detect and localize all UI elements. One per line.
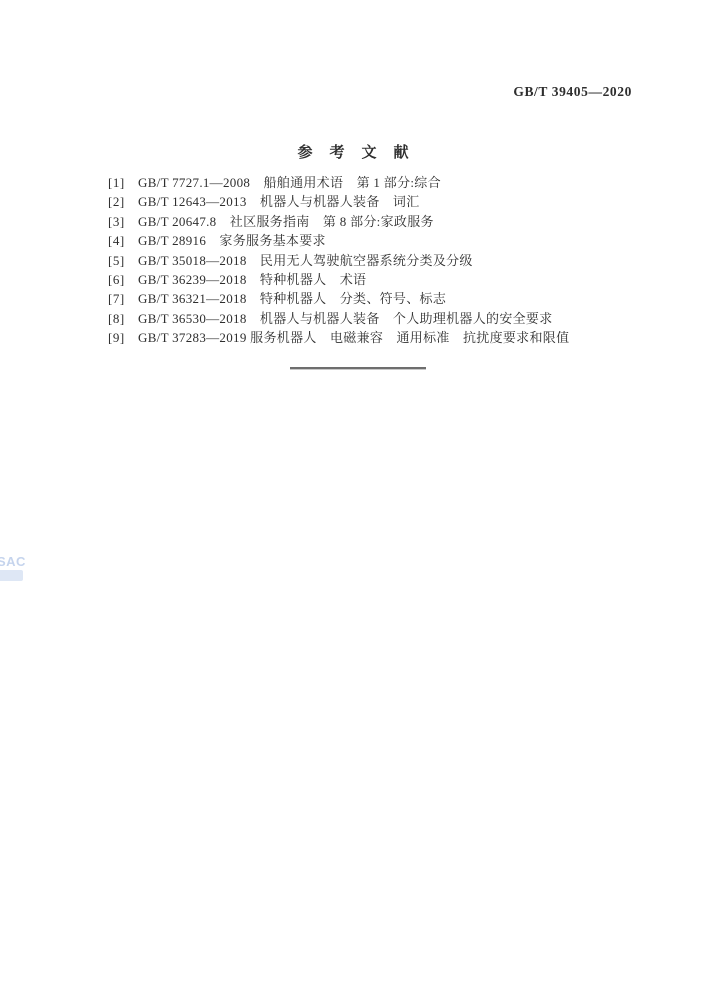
document-page: GB/T 39405—2020 参 考 文 献 [1] GB/T 7727.1—… bbox=[0, 0, 707, 1000]
reference-index: [6] bbox=[108, 270, 138, 289]
reference-index: [1] bbox=[108, 173, 138, 192]
reference-index: [8] bbox=[108, 309, 138, 328]
sac-watermark: SAC bbox=[0, 555, 26, 581]
reference-index: [4] bbox=[108, 231, 138, 250]
reference-index: [5] bbox=[108, 251, 138, 270]
reference-text: GB/T 7727.1—2008 船舶通用术语 第 1 部分:综合 bbox=[138, 173, 441, 192]
reference-item: [9] GB/T 37283—2019 服务机器人 电磁兼容 通用标准 抗扰度要… bbox=[108, 328, 677, 347]
reference-index: [9] bbox=[108, 328, 138, 347]
reference-text: GB/T 20647.8 社区服务指南 第 8 部分:家政服务 bbox=[138, 212, 434, 231]
sac-watermark-bar bbox=[0, 570, 23, 581]
standard-number-header: GB/T 39405—2020 bbox=[513, 84, 632, 100]
reference-text: GB/T 37283—2019 服务机器人 电磁兼容 通用标准 抗扰度要求和限值 bbox=[138, 328, 569, 347]
reference-list: [1] GB/T 7727.1—2008 船舶通用术语 第 1 部分:综合 [2… bbox=[108, 173, 677, 348]
reference-text: GB/T 36321—2018 特种机器人 分类、符号、标志 bbox=[138, 289, 446, 308]
reference-item: [4] GB/T 28916 家务服务基本要求 bbox=[108, 231, 677, 250]
references-section-title: 参 考 文 献 bbox=[0, 141, 707, 162]
reference-item: [2] GB/T 12643—2013 机器人与机器人装备 词汇 bbox=[108, 192, 677, 211]
reference-text: GB/T 36530—2018 机器人与机器人装备 个人助理机器人的安全要求 bbox=[138, 309, 553, 328]
reference-text: GB/T 35018—2018 民用无人驾驶航空器系统分类及分级 bbox=[138, 251, 473, 270]
reference-item: [8] GB/T 36530—2018 机器人与机器人装备 个人助理机器人的安全… bbox=[108, 309, 677, 328]
reference-text: GB/T 28916 家务服务基本要求 bbox=[138, 231, 326, 250]
reference-text: GB/T 36239—2018 特种机器人 术语 bbox=[138, 270, 366, 289]
end-of-document-rule bbox=[290, 367, 426, 369]
reference-item: [6] GB/T 36239—2018 特种机器人 术语 bbox=[108, 270, 677, 289]
reference-index: [2] bbox=[108, 192, 138, 211]
sac-watermark-text: SAC bbox=[0, 555, 26, 568]
reference-index: [3] bbox=[108, 212, 138, 231]
reference-text: GB/T 12643—2013 机器人与机器人装备 词汇 bbox=[138, 192, 420, 211]
reference-item: [1] GB/T 7727.1—2008 船舶通用术语 第 1 部分:综合 bbox=[108, 173, 677, 192]
reference-index: [7] bbox=[108, 289, 138, 308]
reference-item: [7] GB/T 36321—2018 特种机器人 分类、符号、标志 bbox=[108, 289, 677, 308]
reference-item: [3] GB/T 20647.8 社区服务指南 第 8 部分:家政服务 bbox=[108, 212, 677, 231]
reference-item: [5] GB/T 35018—2018 民用无人驾驶航空器系统分类及分级 bbox=[108, 251, 677, 270]
